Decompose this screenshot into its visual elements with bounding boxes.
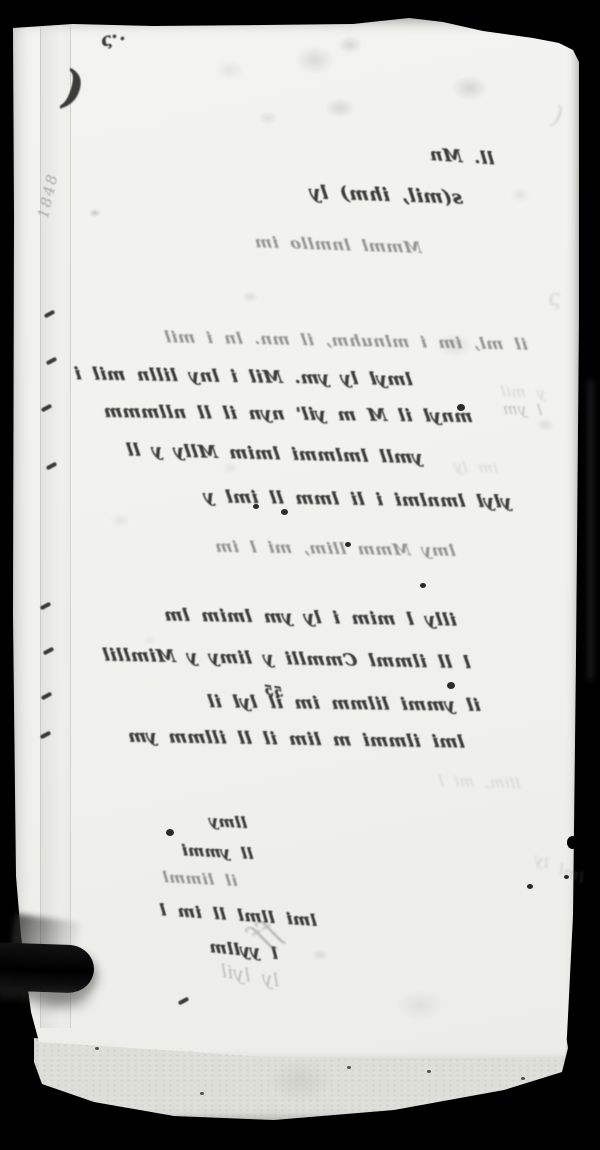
ink-tick [44,310,56,319]
ink-tick [40,731,52,740]
page-holding-clip [0,942,95,994]
paper-stain [532,416,558,434]
paper-stain [140,633,160,647]
ink-dot [564,875,569,879]
ink-dot [447,682,455,689]
ink-dot [253,504,259,509]
ink-tick [46,357,58,366]
dust-speck [427,1070,431,1073]
paper-stain [287,40,343,79]
paper-stain [308,947,332,964]
dust-speck [347,1066,351,1069]
ink-dot [345,542,351,547]
scan-edge-streak [588,380,593,680]
dust-speck [200,1092,204,1095]
paper-stain [444,70,496,106]
ink-tick [46,462,58,471]
paper-stain [332,32,368,57]
paper-stain [431,328,479,362]
ink-tick [43,647,55,656]
paper-stain [254,108,282,128]
paper-stain [318,93,362,124]
document-scan: 1848 ll. MnKs(mil, ihm) lyMmml lnmllo im… [0,0,600,1150]
ink-dot [527,884,533,889]
ink-dot [457,404,465,411]
ink-dot [420,583,426,588]
paper-stain [105,510,135,531]
dust-speck [521,1077,525,1080]
paper-stain [255,1049,345,1112]
ink-dot [281,509,288,515]
paper-stain [506,185,534,205]
paper-stain [238,289,262,306]
paper-stain [218,460,242,477]
dust-speck [95,1047,99,1050]
ink-tick [178,997,190,1006]
clip-smudge [20,988,96,1014]
paper-edge-nub [567,836,578,849]
paper-stain [86,207,104,220]
paper-stain [388,983,452,1028]
paper-stain [210,56,250,84]
ink-tick [40,602,52,611]
ink-dot [166,829,174,836]
ink-tick [41,404,53,413]
ink-tick [41,692,53,701]
